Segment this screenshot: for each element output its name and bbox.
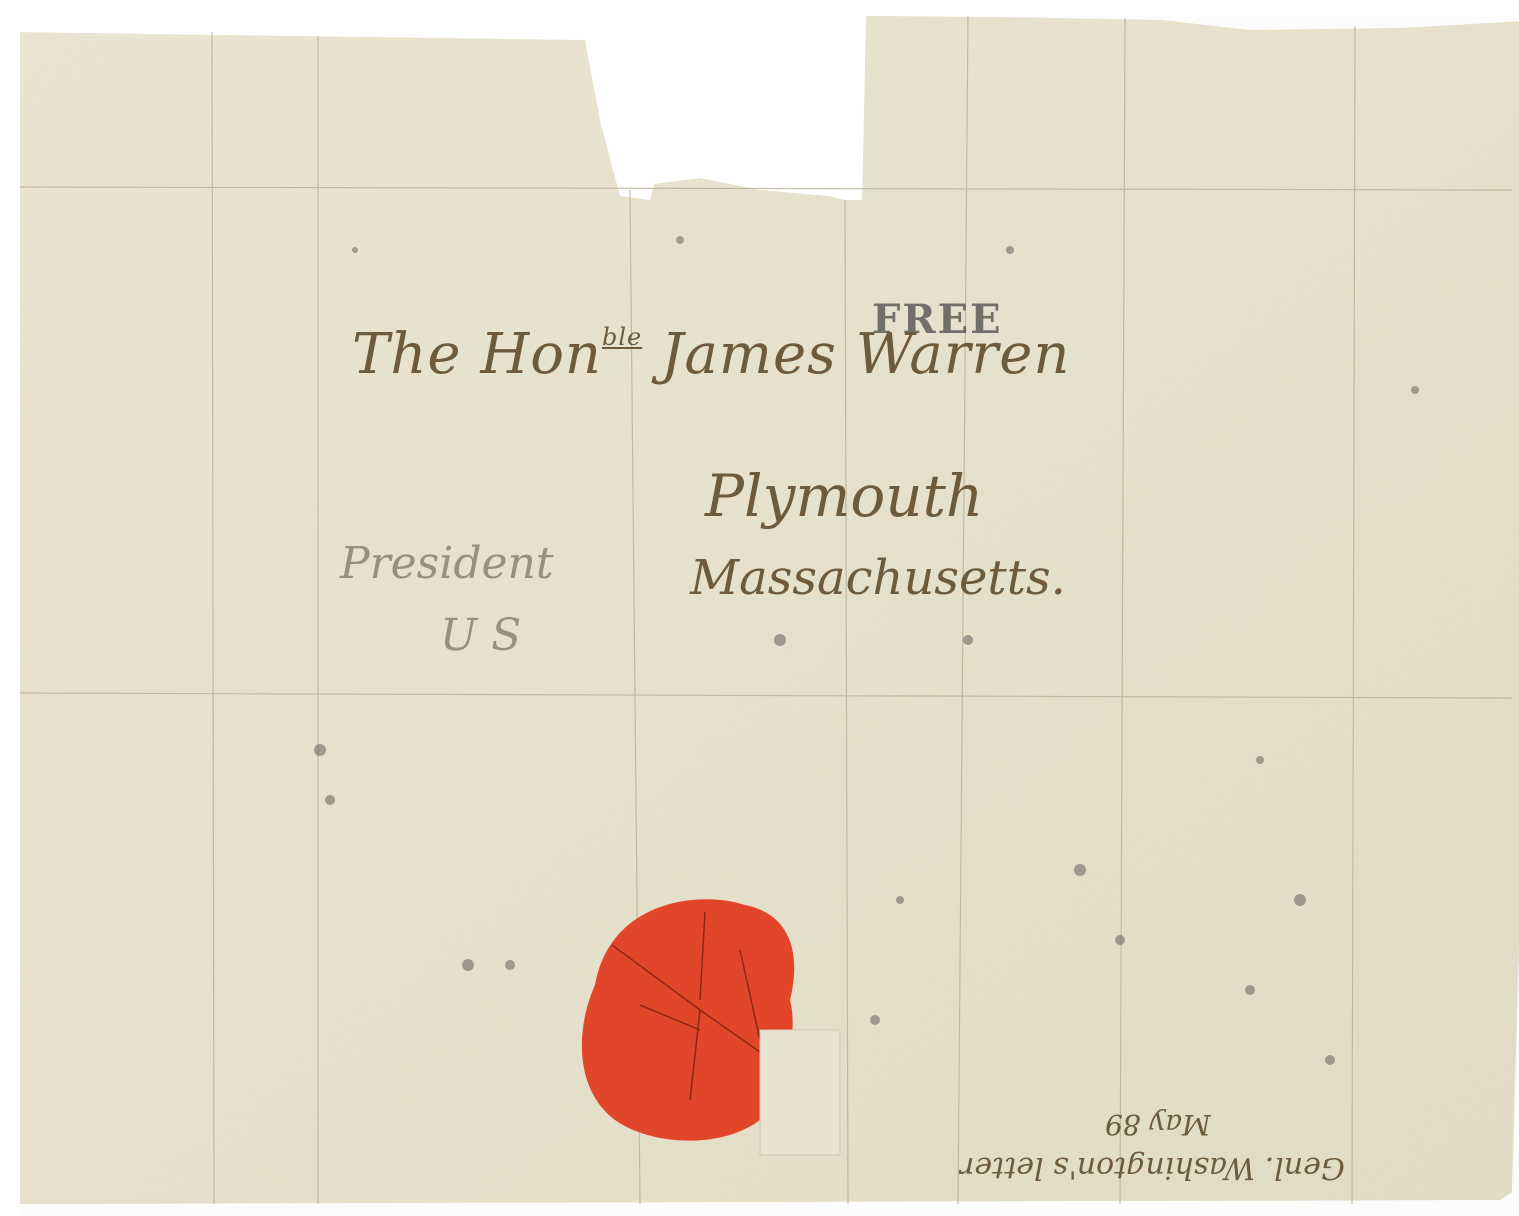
address-honorific: The Hon: [352, 322, 602, 387]
letter-cover-image: FREE The Honble James Warren Plymouth Ma…: [0, 0, 1519, 1216]
docket-endorsement-date: May 89: [1105, 1108, 1211, 1141]
docket-endorsement-line1: Genl. Washington's letter: [960, 1150, 1345, 1185]
address-recipient-name: James Warren: [661, 322, 1070, 387]
address-line-town: Plymouth: [705, 462, 983, 530]
paper-sheet: [0, 0, 1519, 1216]
address-line-state: Massachusetts.: [690, 550, 1066, 606]
franking-note-president: President: [340, 538, 554, 589]
address-line-recipient: The Honble James Warren: [352, 322, 1071, 387]
franking-note-us: U S: [440, 610, 521, 661]
address-honorific-superscript: ble: [602, 323, 642, 351]
